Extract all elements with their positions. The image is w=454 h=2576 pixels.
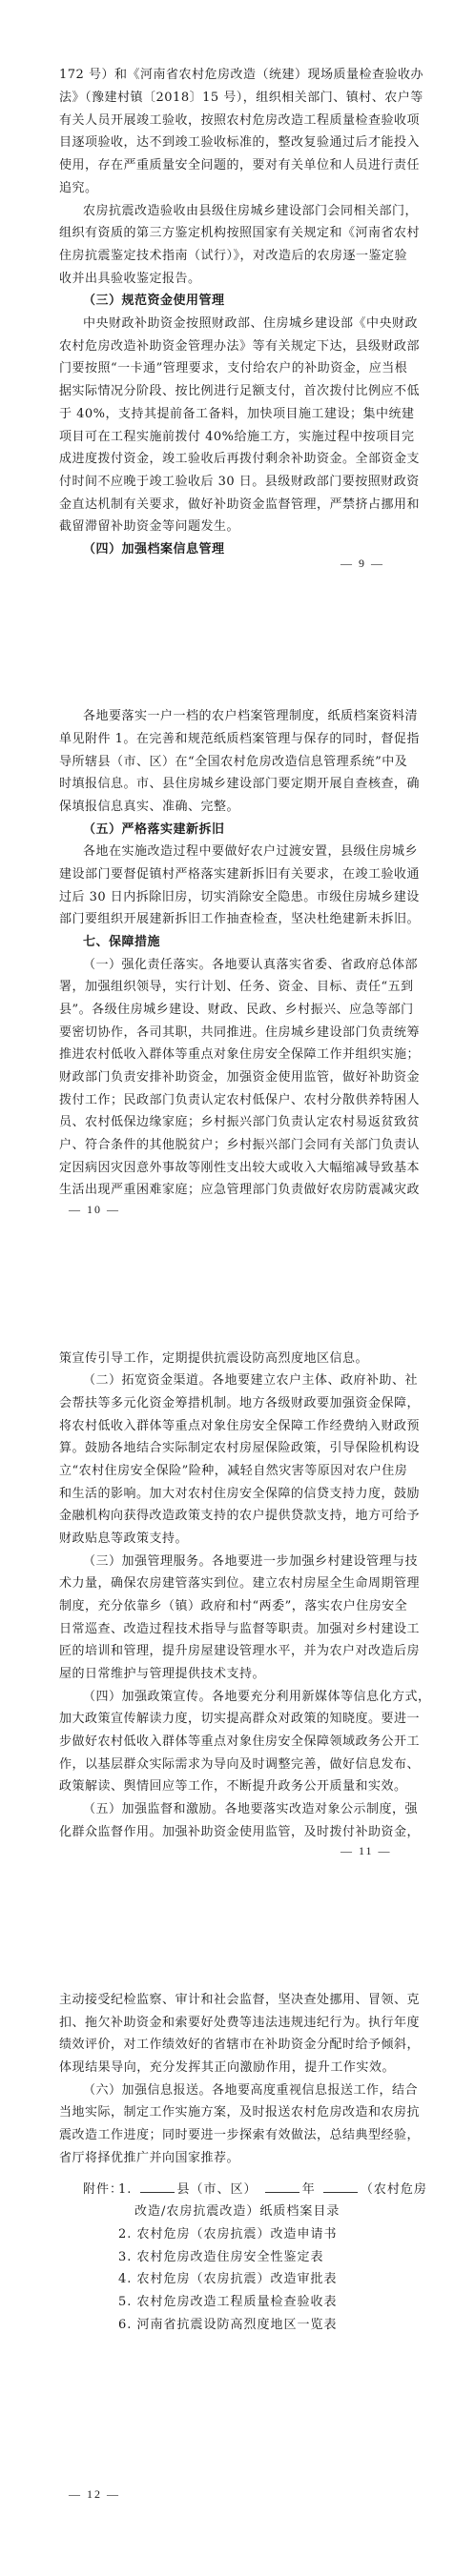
paragraph-line: 截留滞留补助资金等问题发生。 — [59, 516, 395, 538]
paragraph-line: 导所辖县（市、区）在“全国农村危房改造信息管理系统”中及 — [59, 751, 395, 774]
section-heading: 七、保障措施 — [83, 931, 395, 954]
paragraph-line: （二）拓宽资金渠道。各地要建立农户主体、政府补助、社 — [83, 1369, 395, 1392]
paragraph-line: 法》（豫建村镇〔2018〕15 号），组织相关部门、镇村、农户等 — [59, 87, 395, 110]
paragraph-line: 建设部门要督促镇村严格落实建新拆旧有关要求，在竣工验收通 — [59, 863, 395, 886]
page-number: — 10 — — [69, 1203, 120, 1217]
paragraph-line: 加大政策宣传解读力度，切实提高群众对政策的知晓度。要进一 — [59, 1708, 395, 1731]
paragraph-line: 财政部门负责安排补助资金，加强资金使用监管，做好补助资金 — [59, 1066, 395, 1089]
attachment-item-1-year: 年 — [302, 2182, 316, 2197]
paragraph-line: 体现结果导向，充分发挥其正向激励作用，提升工作实效。 — [59, 2057, 395, 2079]
page-number: — 11 — — [340, 1844, 392, 1858]
paragraph-line: 政策解读、舆情回应等工作，不断提升政务公开质量和实效。 — [59, 1775, 395, 1798]
paragraph-line: 中央财政补助资金按照财政部、住房城乡建设部《中央财政 — [83, 313, 395, 335]
paragraph-line: 震改造工作进度；同时要进一步探索有效做法，总结典型经验， — [59, 2124, 395, 2147]
attachment-label: 附件： — [83, 2179, 123, 2201]
paragraph-line: 匠的培训和管理，提升房屋建设管理水平，并为农户对改造后房 — [59, 1640, 395, 1663]
blank-year — [265, 2179, 299, 2193]
paragraph-line: 策宣传引导工作，定期提供抗震设防高烈度地区信息。 — [59, 1348, 395, 1370]
page-number: — 12 — — [69, 2487, 120, 2502]
paragraph-line: 172 号）和《河南省农村危房改造（统建）现场质量检查验收办 — [59, 64, 395, 87]
paragraph-line: 付时间不应晚于竣工验收后 30 日。县级财政部门要按照财政资 — [59, 471, 395, 494]
paragraph-line: 农村危房改造补助资金管理办法》等有关规定下达，县级财政部 — [59, 335, 395, 358]
paragraph-line: 部门要组织开展建新拆旧工作抽查检查，坚决杜绝建新未拆旧。 — [59, 908, 395, 931]
paragraph-line: 县”。各级住房城乡建设、财政、民政、乡村振兴、应急等部门 — [59, 999, 395, 1022]
paragraph-line: 定因病因灾因意外事故等刚性支出较大或收入大幅缩减导致基本 — [59, 1157, 395, 1180]
attachment-item-5: 5. 农村危房改造工程质量检查验收表 — [118, 2291, 338, 2314]
paragraph-line: 各地在实施改造过程中要做好农户过渡安置，县级住房城乡 — [83, 841, 395, 863]
paragraph-line: 当地实际，制定工作实施方案，及时报送农村危房改造和农房抗 — [59, 2101, 395, 2124]
paragraph-line: 组织有资质的第三方鉴定机构按照国家有关规定和《河南省农村 — [59, 222, 395, 245]
paragraph-line: （五）加强监督和激励。各地要落实改造对象公示制度，强 — [83, 1798, 395, 1821]
paragraph-line: 要密切协作，各司其职，共同推进。住房城乡建设部门负责统筹 — [59, 1022, 395, 1045]
paragraph-line: 日常巡查、改造过程技术指导与监督等职责。加强对乡村建设工 — [59, 1618, 395, 1641]
blank-type — [323, 2179, 358, 2193]
paragraph-line: 绩效评价，对工作绩效好的省辖市在补助资金分配时给予倾斜， — [59, 2034, 395, 2057]
attachment-item-1-line2: 改造/农房抗震改造）纸质档案目录 — [134, 2201, 340, 2223]
paragraph-line: 扣、拖欠补助资金和索要好处费等违法违规违纪行为。执行年度 — [59, 2012, 395, 2035]
paragraph-line: 住房抗震鉴定技术指南（试行）》，对改造后的农房逐一鉴定验 — [59, 245, 395, 268]
paragraph-line: 成进度拨付资金，竣工验收后再拨付剩余补助资金。全部资金支 — [59, 448, 395, 471]
paragraph-line: 据实际情况分阶段、按比例进行足额支付，首次拨付比例应不低 — [59, 380, 395, 403]
paragraph-line: 于 40%，支持其提前备工备料，加快项目施工建设；集中统建 — [59, 403, 395, 426]
paragraph-line: 时填报信息。市、县住房城乡建设部门要定期开展自查核查，确 — [59, 773, 395, 796]
paragraph-line: 各地要落实一户一档的农户档案管理制度，纸质档案资料清 — [83, 705, 395, 728]
paragraph-line: 会帮扶等多元化资金筹措机制。地方各级财政要加强资金保障， — [59, 1392, 395, 1415]
attachment-item-2: 2. 农村危房（农房抗震）改造申请书 — [118, 2223, 338, 2246]
paragraph-line: 和生活的影响。加大对农村住房安全保障的信贷支持力度，鼓励 — [59, 1483, 395, 1506]
paragraph-line: 使用，存在严重质量安全问题的，要对有关单位和人员进行责任 — [59, 154, 395, 177]
paragraph-line: 员、农村低保边缘家庭；乡村振兴部门负责认定农村易返贫致贫 — [59, 1111, 395, 1134]
page-number: — 9 — — [340, 557, 384, 571]
attachment-item-6: 6. 河南省抗震设防高烈度地区一览表 — [118, 2314, 338, 2337]
attachment-item-1-number: 1. — [118, 2182, 132, 2197]
paragraph-line: 项目可在工程实施前拨付 40%给施工方，实施过程中按项目完 — [59, 426, 395, 449]
paragraph-line: 户、符合条件的其他脱贫户；乡村振兴部门会同有关部门负责认 — [59, 1134, 395, 1157]
paragraph-line: 省厅将择优推广并向国家推荐。 — [59, 2147, 395, 2170]
paragraph-line: 门要按照“一卡通”管理要求，支付给农户的补助资金，应当根 — [59, 357, 395, 380]
paragraph-line: 生活出现严重困难家庭；应急管理部门负责做好农房防震减灾政 — [59, 1179, 395, 1202]
paragraph-line: 追究。 — [59, 177, 395, 200]
paragraph-line: 主动接受纪检监察、审计和社会监督，坚决查处挪用、冒领、克 — [59, 1989, 395, 2012]
paragraph-line: 财政贴息等政策支持。 — [59, 1528, 395, 1551]
paragraph-line: 金融机构向获得改造政策支持的农户提供贷款支持，地方可给予 — [59, 1505, 395, 1528]
paragraph-line: 过后 30 日内拆除旧房，切实消除安全隐患。市级住房城乡建设 — [59, 886, 395, 909]
paragraph-line: 拨付工作；民政部门负责认定农村低保户、农村分散供养特困人 — [59, 1089, 395, 1112]
paragraph-line: 保填报信息真实、准确、完整。 — [59, 796, 395, 819]
paragraph-line: 术力量，确保农房建管落实到位。建立农村房屋全生命周期管理 — [59, 1572, 395, 1595]
paragraph-line: （三）加强管理服务。各地要进一步加强乡村建设管理与技 — [83, 1551, 395, 1573]
attachment-item-1: 1. 县（市、区） 年 （农村危房 — [118, 2179, 427, 2201]
section-heading: （五）严格落实建新拆旧 — [83, 819, 395, 842]
paragraph-line: 算。鼓励各地结合实际制定农村房屋保险政策，引导保险机构设 — [59, 1437, 395, 1460]
paragraph-line: （六）加强信息报送。各地要高度重视信息报送工作，结合 — [83, 2079, 395, 2102]
paragraph-line: 单见附件 1。在完善和规范纸质档案管理与保存的同时，督促指 — [59, 728, 395, 751]
paragraph-line: 署，加强组织领导，实行计划、任务、资金、目标、责任“五到 — [59, 976, 395, 999]
paragraph-line: 立“农村住房安全保险”险种，减轻自然灾害等原因对农户住房 — [59, 1460, 395, 1483]
attachment-item-1-tail: （农村危房 — [361, 2182, 427, 2197]
paragraph-line: （四）加强政策宣传。各地要充分利用新媒体等信息化方式， — [83, 1686, 395, 1709]
paragraph-line: 推进农村低收入群体等重点对象住房安全保障工作并组织实施； — [59, 1044, 395, 1066]
paragraph-line: 化群众监督作用。加强补助资金使用监管，及时拨付补助资金， — [59, 1821, 395, 1844]
paragraph-line: 金直达机制有关要求，做好补助资金监督管理，严禁挤占挪用和 — [59, 494, 395, 517]
attachment-item-1-county: 县（市、区） — [177, 2182, 258, 2197]
paragraph-line: 有关人员开展竣工验收，按照农村危房改造工程质量检查验收项 — [59, 110, 395, 132]
paragraph-line: 制度，充分依靠乡（镇）政府和村“两委”，落实农户住房安全 — [59, 1595, 395, 1618]
paragraph-line: 步做好农村低收入群体等重点对象住房安全保障领域政务公开工 — [59, 1731, 395, 1754]
attachment-item-4: 4. 农村危房（农房抗震）改造审批表 — [118, 2268, 338, 2291]
paragraph-line: 将农村低收入群体等重点对象住房安全保障工作经费纳入财政预 — [59, 1415, 395, 1438]
paragraph-line: 农房抗震改造验收由县级住房城乡建设部门会同相关部门， — [83, 200, 395, 223]
paragraph-line: 目逐项验收，达不到竣工验收标准的，整改复验通过后才能投入 — [59, 132, 395, 154]
blank-county — [140, 2179, 175, 2193]
paragraph-line: （一）强化责任落实。各地要认真落实省委、省政府总体部 — [83, 954, 395, 977]
paragraph-line: 屋的日常维护与管理提供技术支持。 — [59, 1663, 395, 1686]
section-heading: （三）规范资金使用管理 — [83, 290, 395, 313]
paragraph-line: 作，以基层群众实际需求为导向及时调整完善，做好信息发布、 — [59, 1754, 395, 1776]
paragraph-line: 收并出具验收鉴定报告。 — [59, 268, 395, 291]
attachment-item-3: 3. 农村危房改造住房安全性鉴定表 — [118, 2246, 324, 2269]
